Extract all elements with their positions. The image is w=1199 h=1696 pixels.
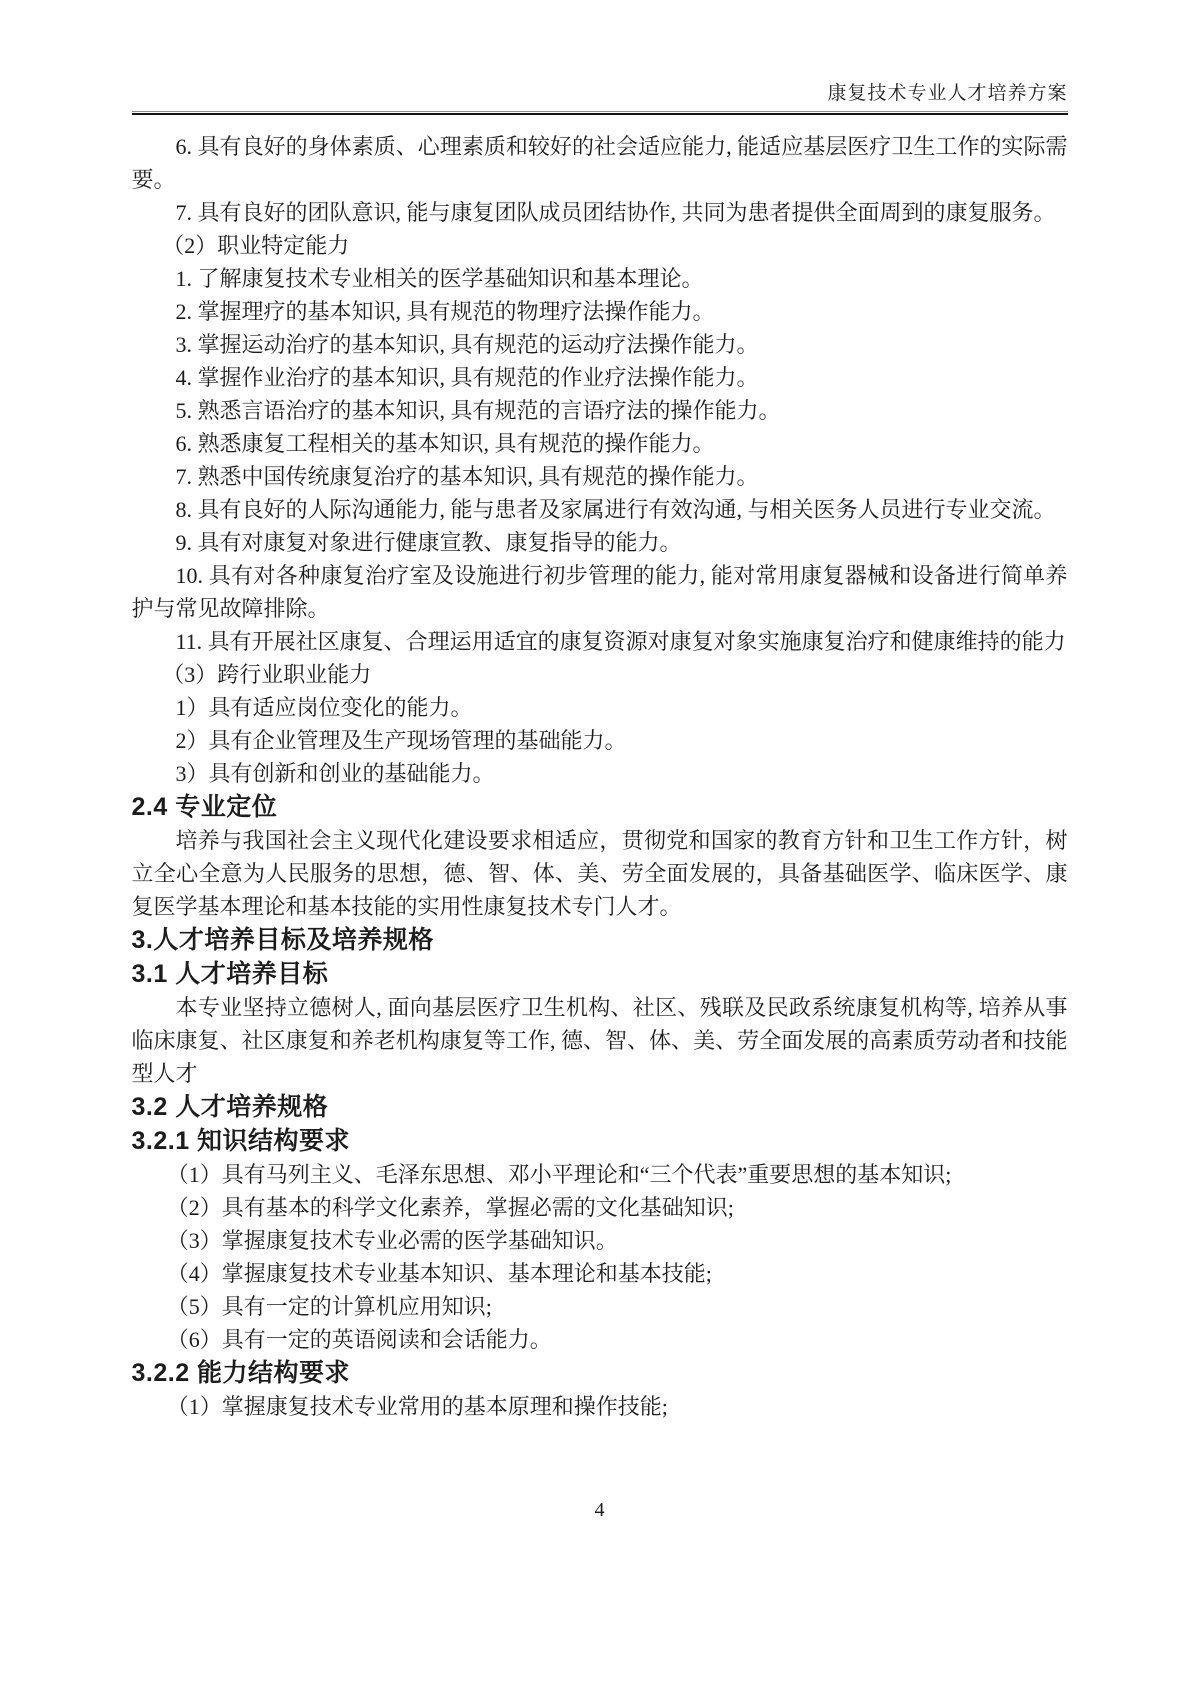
ability-item-1: （1）掌握康复技术专业常用的基本原理和操作技能; — [132, 1390, 1068, 1423]
paragraph-training-goal: 本专业坚持立德树人, 面向基层医疗卫生机构、社区、残联及民政系统康复机构等, 培… — [132, 991, 1068, 1090]
section-heading-2-4: 2.4 专业定位 — [132, 790, 1068, 824]
list-item-occ-10: 10. 具有对各种康复治疗室及设施进行初步管理的能力, 能对常用康复器械和设备进… — [132, 559, 1068, 625]
list-item-general-6: 6. 具有良好的身体素质、心理素质和较好的社会适应能力, 能适应基层医疗卫生工作… — [132, 130, 1068, 196]
list-item-occ-2: 2. 掌握理疗的基本知识, 具有规范的物理疗法操作能力。 — [132, 295, 1068, 328]
knowledge-item-4: （4）掌握康复技术专业基本知识、基本理论和基本技能; — [132, 1257, 1068, 1290]
knowledge-item-1: （1）具有马列主义、毛泽东思想、邓小平理论和“三个代表”重要思想的基本知识; — [132, 1158, 1068, 1191]
knowledge-item-5: （5）具有一定的计算机应用知识; — [132, 1290, 1068, 1323]
list-item-occ-8: 8. 具有良好的人际沟通能力, 能与患者及家属进行有效沟通, 与相关医务人员进行… — [132, 493, 1068, 526]
page-footer: 4 — [0, 1498, 1199, 1522]
list-item-general-7: 7. 具有良好的团队意识, 能与康复团队成员团结协作, 共同为患者提供全面周到的… — [132, 196, 1068, 229]
knowledge-item-6: （6）具有一定的英语阅读和会话能力。 — [132, 1323, 1068, 1356]
list-item-occ-4: 4. 掌握作业治疗的基本知识, 具有规范的作业疗法操作能力。 — [132, 361, 1068, 394]
list-item-occ-1: 1. 了解康复技术专业相关的医学基础知识和基本理论。 — [132, 262, 1068, 295]
list-item-cross-2: 2）具有企业管理及生产现场管理的基础能力。 — [132, 724, 1068, 757]
list-item-occ-7: 7. 熟悉中国传统康复治疗的基本知识, 具有规范的操作能力。 — [132, 460, 1068, 493]
list-item-occ-6: 6. 熟悉康复工程相关的基本知识, 具有规范的操作能力。 — [132, 427, 1068, 460]
page-header: 康复技术专业人才培养方案 — [132, 0, 1068, 115]
document-page: 康复技术专业人才培养方案 6. 具有良好的身体素质、心理素质和较好的社会适应能力… — [0, 0, 1199, 1696]
list-item-occ-11: 11. 具有开展社区康复、合理运用适宜的康复资源对康复对象实施康复治疗和健康维持… — [132, 625, 1068, 658]
section-heading-3-2-2: 3.2.2 能力结构要求 — [132, 1356, 1068, 1390]
list-item-occ-9: 9. 具有对康复对象进行健康宣教、康复指导的能力。 — [132, 526, 1068, 559]
section-heading-3-2-1: 3.2.1 知识结构要求 — [132, 1124, 1068, 1158]
subsection-cross-industry: （3）跨行业职业能力 — [132, 658, 1068, 691]
knowledge-item-3: （3）掌握康复技术专业必需的医学基础知识。 — [132, 1224, 1068, 1257]
section-heading-3: 3.人才培养目标及培养规格 — [132, 923, 1068, 957]
list-item-occ-3: 3. 掌握运动治疗的基本知识, 具有规范的运动疗法操作能力。 — [132, 328, 1068, 361]
header-title: 康复技术专业人才培养方案 — [132, 82, 1068, 105]
list-item-cross-1: 1）具有适应岗位变化的能力。 — [132, 691, 1068, 724]
document-body: 6. 具有良好的身体素质、心理素质和较好的社会适应能力, 能适应基层医疗卫生工作… — [132, 115, 1068, 1423]
subsection-occupational: （2）职业特定能力 — [132, 229, 1068, 262]
page-number: 4 — [595, 1499, 605, 1521]
paragraph-positioning: 培养与我国社会主义现代化建设要求相适应，贯彻党和国家的教育方针和卫生工作方针，树… — [132, 824, 1068, 923]
section-heading-3-2: 3.2 人才培养规格 — [132, 1090, 1068, 1124]
section-heading-3-1: 3.1 人才培养目标 — [132, 957, 1068, 991]
knowledge-item-2: （2）具有基本的科学文化素养，掌握必需的文化基础知识; — [132, 1191, 1068, 1224]
list-item-occ-5: 5. 熟悉言语治疗的基本知识, 具有规范的言语疗法的操作能力。 — [132, 394, 1068, 427]
list-item-cross-3: 3）具有创新和创业的基础能力。 — [132, 757, 1068, 790]
